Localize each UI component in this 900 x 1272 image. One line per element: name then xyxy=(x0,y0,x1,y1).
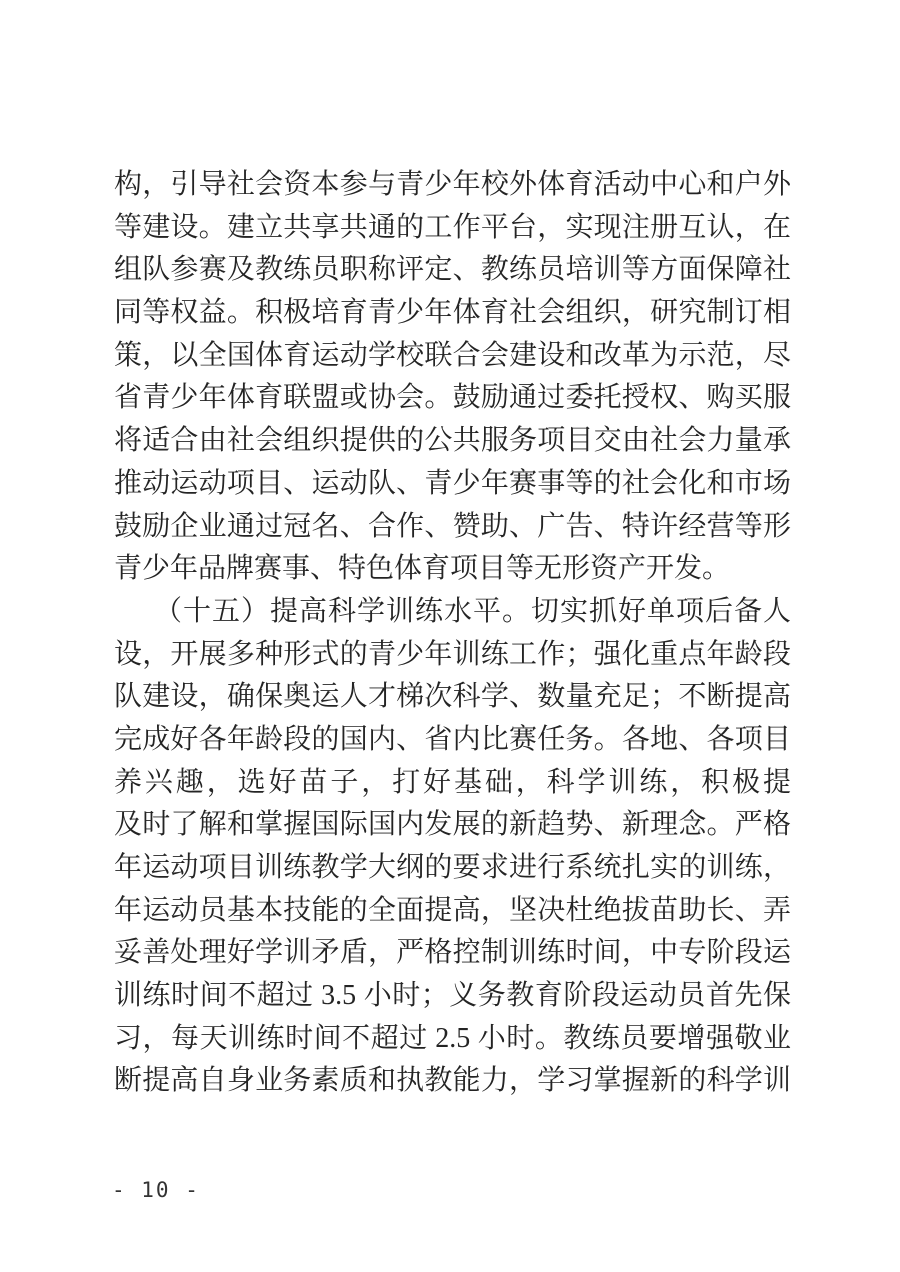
paragraph-continuation: 构，引导社会资本参与青少年校外体育活动中心和户外活动营地 等建设。建立共享共通的… xyxy=(114,164,791,591)
text-line: 设，开展多种形式的青少年训练工作；强化重点年龄段的人才梯 xyxy=(114,634,791,677)
text-line: 组队参赛及教练员职称评定、教练员培训等方面保障社会力量的 xyxy=(114,249,791,292)
text-line: 省青少年体育联盟或协会。鼓励通过委托授权、购买服务等方式， xyxy=(114,377,791,420)
text-line: 习，每天训练时间不超过 2.5 小时。教练员要增强敬业精神，不 xyxy=(114,1018,791,1061)
text-line: 鼓励企业通过冠名、合作、赞助、广告、特许经营等形式，参与 xyxy=(114,506,791,549)
text-line: 训练时间不超过 3.5 小时；义务教育阶段运动员首先保障文化学 xyxy=(114,975,791,1018)
page-number: - 10 - xyxy=(112,1178,200,1202)
text-line: 养兴趣，选好苗子，打好基础，科学训练，积极提高”的原则， xyxy=(114,762,791,805)
text-line: 及时了解和掌握国际国内发展的新趋势、新理念。严格按照青少 xyxy=(114,804,791,847)
text-line: 构，引导社会资本参与青少年校外体育活动中心和户外活动营地 xyxy=(114,164,791,207)
text-line: 年运动项目训练教学大纲的要求进行系统扎实的训练，促进青少 xyxy=(114,847,791,890)
text-line: 推动运动项目、运动队、青少年赛事等的社会化和市场化进程； xyxy=(114,463,791,506)
text-line: 将适合由社会组织提供的公共服务项目交由社会力量承担；试点 xyxy=(114,420,791,463)
text-line: 断提高自身业务素质和执教能力，学习掌握新的科学训练理念和 xyxy=(114,1060,791,1103)
text-line: 同等权益。积极培育青少年体育社会组织，研究制订相关优惠政 xyxy=(114,292,791,335)
text-line: 年运动员基本技能的全面提高，坚决杜绝拔苗助长、弄虚作假。 xyxy=(114,890,791,933)
text-line-paragraph-end: 青少年品牌赛事、特色体育项目等无形资产开发。 xyxy=(114,548,791,591)
paragraph-section-15: （十五）提高科学训练水平。切实抓好单项后备人才基地建 设，开展多种形式的青少年训… xyxy=(114,591,791,1103)
text-line: 等建设。建立共享共通的工作平台，实现注册互认，在训练管理、 xyxy=(114,207,791,250)
text-line: 妥善处理好学训矛盾，严格控制训练时间，中专阶段运动员每天 xyxy=(114,932,791,975)
document-page: 构，引导社会资本参与青少年校外体育活动中心和户外活动营地 等建设。建立共享共通的… xyxy=(0,0,900,1272)
document-body: 构，引导社会资本参与青少年校外体育活动中心和户外活动营地 等建设。建立共享共通的… xyxy=(114,164,791,1103)
text-line: 完成好各年龄段的国内、省内比赛任务。各地、各项目坚持“培 xyxy=(114,719,791,762)
text-line: 队建设，确保奥运人才梯次科学、数量充足；不断提高训练水平， xyxy=(114,676,791,719)
text-line: 策，以全国体育运动学校联合会建设和改革为示范，尽快建立我 xyxy=(114,335,791,378)
text-line-section-heading: （十五）提高科学训练水平。切实抓好单项后备人才基地建 xyxy=(114,591,791,634)
